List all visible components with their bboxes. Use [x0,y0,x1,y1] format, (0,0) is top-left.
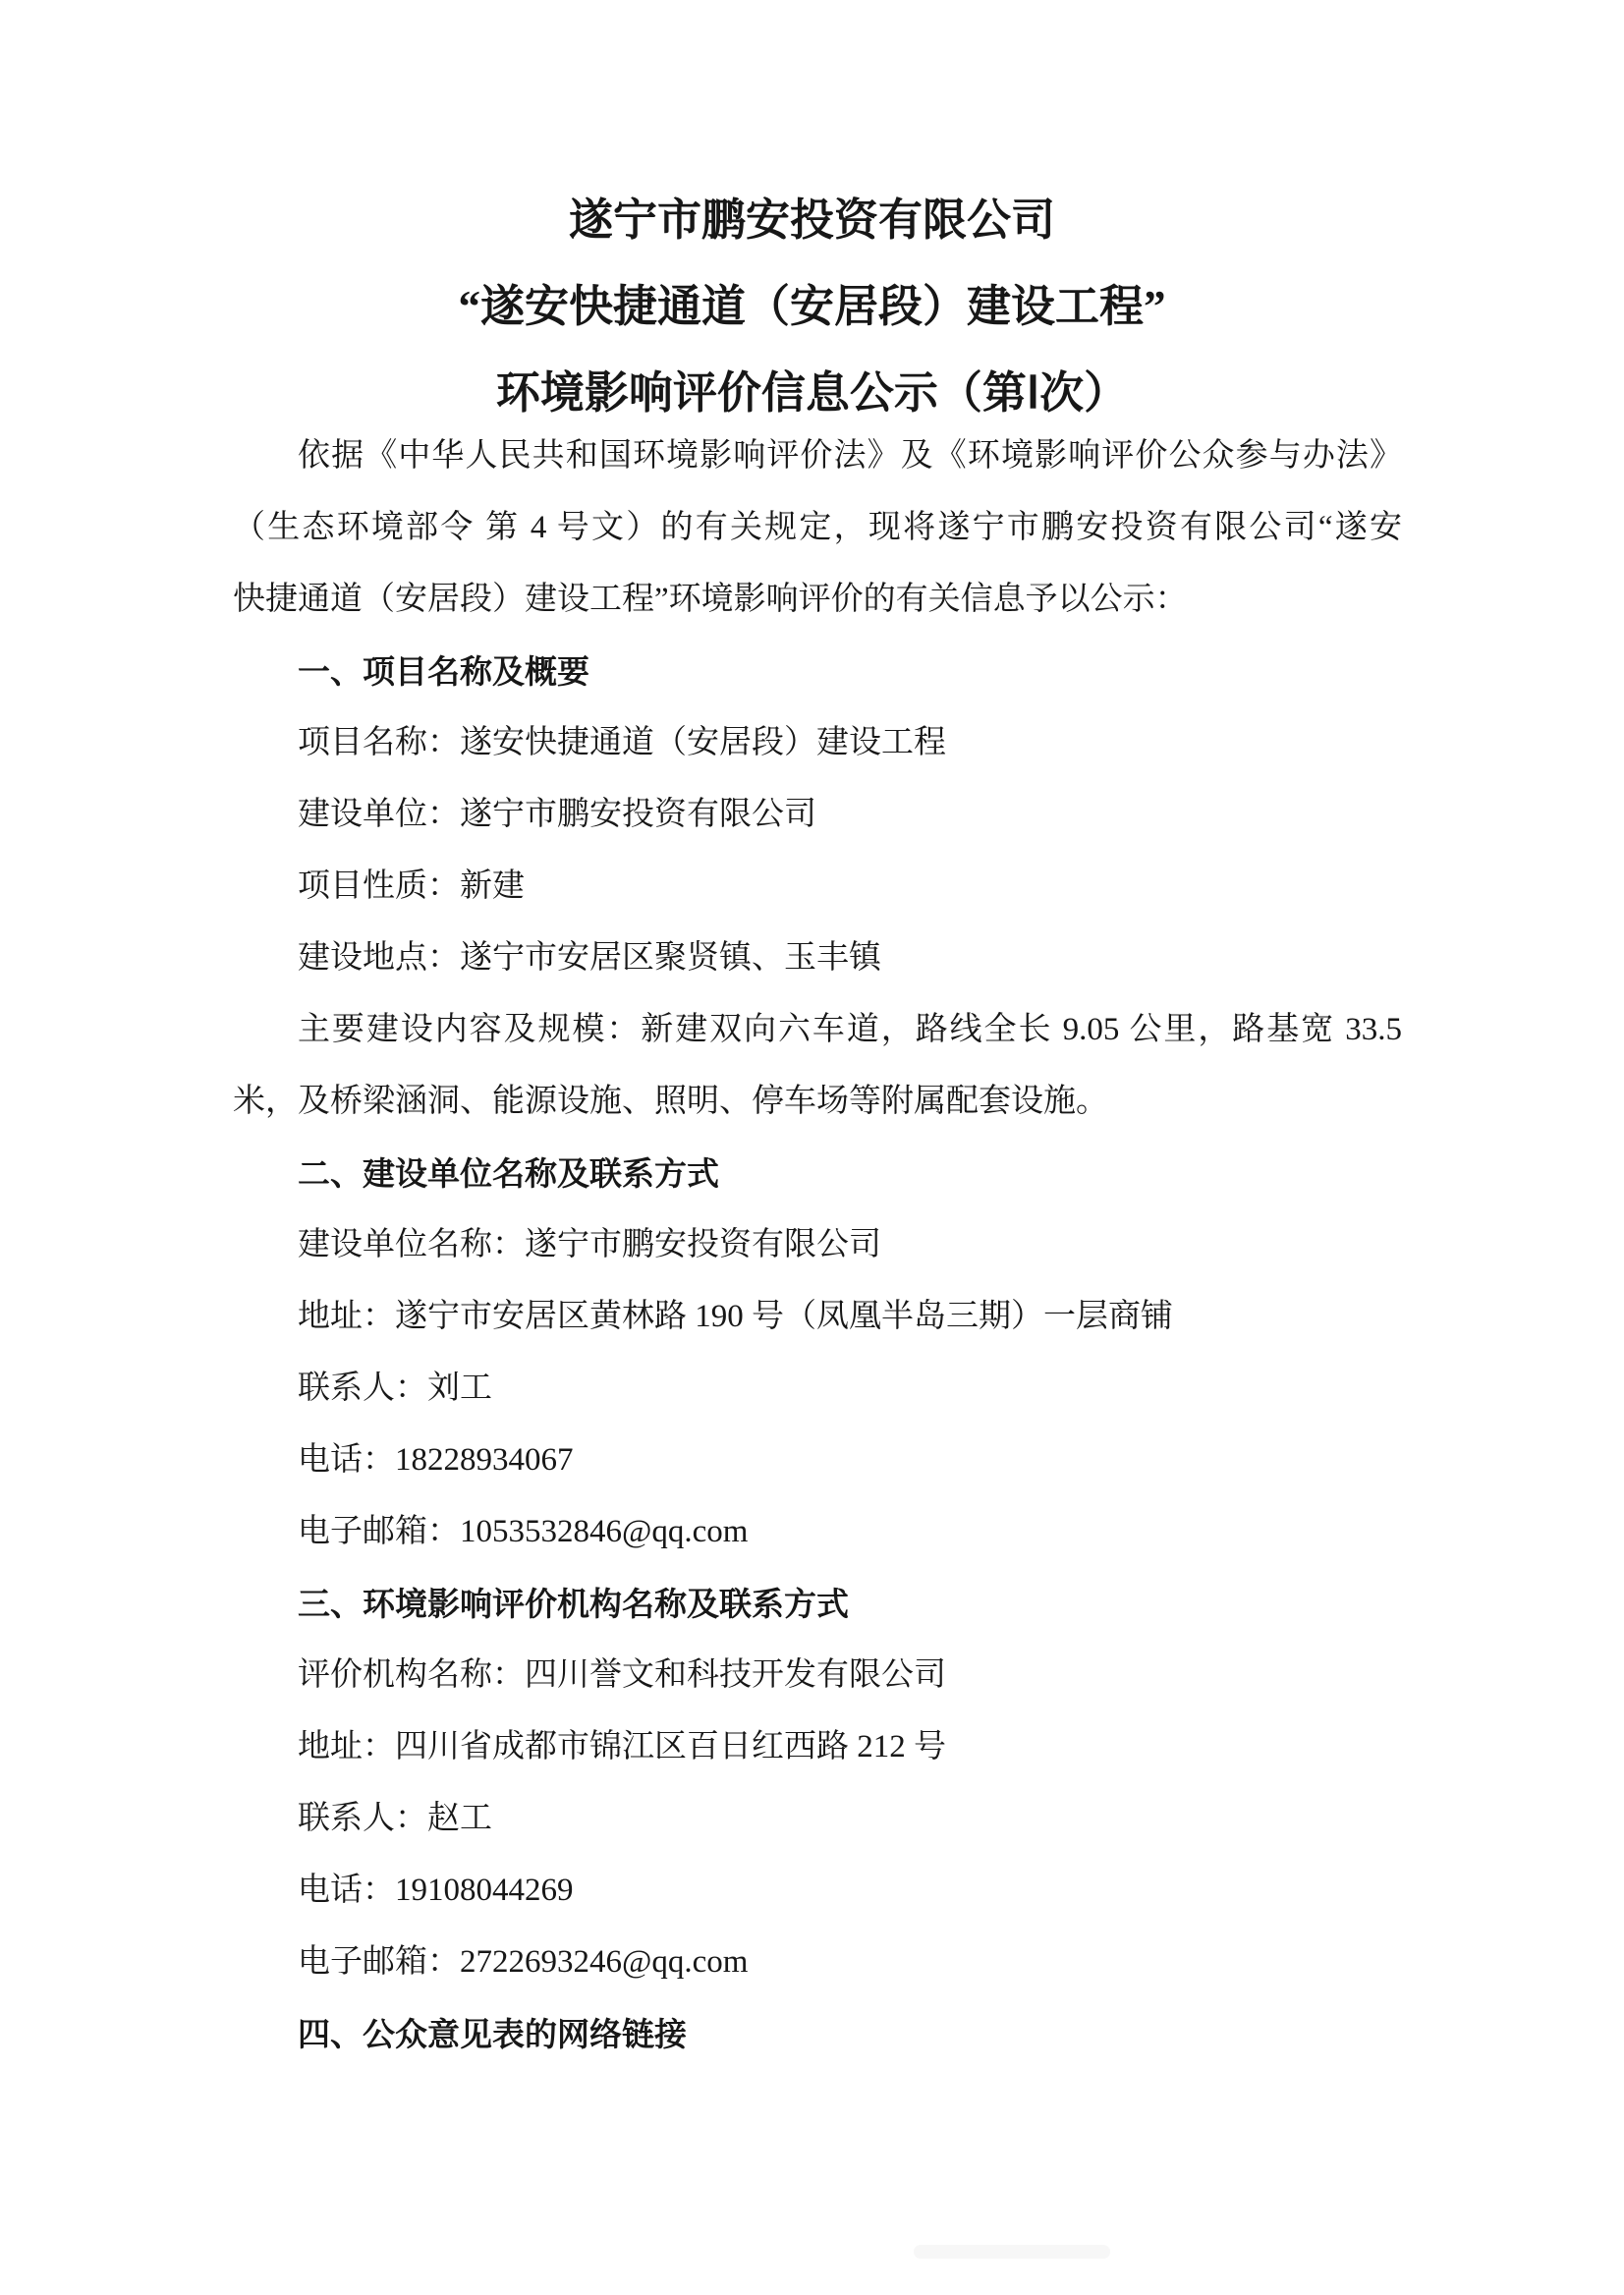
document-page: 遂宁市鹏安投资有限公司 “遂安快捷通道（安居段）建设工程” 环境影响评价信息公示… [0,0,1624,2295]
unit-name-line: 建设单位名称：遂宁市鹏安投资有限公司 [233,1209,1402,1281]
unit-contact-line: 联系人：刘工 [233,1353,1402,1425]
doc-title-company: 遂宁市鹏安投资有限公司 [0,177,1624,263]
unit-phone-line: 电话：18228934067 [233,1425,1402,1496]
eia-agency-contact-line: 联系人：赵工 [233,1783,1402,1855]
eia-agency-name-line: 评价机构名称：四川誉文和科技开发有限公司 [233,1640,1402,1711]
unit-email-line: 电子邮箱：1053532846@qq.com [233,1496,1402,1568]
unit-address-line: 地址：遂宁市安居区黄林路 190 号（凤凰半岛三期）一层商铺 [233,1281,1402,1353]
eia-agency-address-line: 地址：四川省成都市锦江区百日红西路 212 号 [233,1711,1402,1783]
construction-site-line: 建设地点：遂宁市安居区聚贤镇、玉丰镇 [233,923,1402,994]
eia-agency-email-line: 电子邮箱：2722693246@qq.com [233,1927,1402,1998]
construction-unit-line: 建设单位：遂宁市鹏安投资有限公司 [233,779,1402,851]
doc-title-project: “遂安快捷通道（安居段）建设工程” [0,263,1624,350]
section-3-heading: 三、环境影响评价机构名称及联系方式 [233,1568,1402,1640]
scale-line-1: 主要建设内容及规模：新建双向六车道，路线全长 9.05 公里，路基宽 33.5 [233,994,1402,1066]
project-nature-line: 项目性质：新建 [233,851,1402,923]
eia-agency-phone-line: 电话：19108044269 [233,1855,1402,1927]
section-4-heading: 四、公众意见表的网络链接 [233,1998,1402,2070]
project-name-line: 项目名称：遂安快捷通道（安居段）建设工程 [233,707,1402,779]
intro-line-1: 依据《中华人民共和国环境影响评价法》及《环境影响评价公众参与办法》 [233,420,1402,492]
document-body: 依据《中华人民共和国环境影响评价法》及《环境影响评价公众参与办法》 （生态环境部… [233,420,1402,2070]
section-1-heading: 一、项目名称及概要 [233,636,1402,707]
scale-line-2: 米，及桥梁涵洞、能源设施、照明、停车场等附属配套设施。 [233,1066,1402,1138]
intro-line-2: （生态环境部令 第 4 号文）的有关规定，现将遂宁市鹏安投资有限公司“遂安 [233,492,1402,564]
intro-line-3: 快捷通道（安居段）建设工程”环境影响评价的有关信息予以公示： [233,564,1402,636]
section-2-heading: 二、建设单位名称及联系方式 [233,1138,1402,1209]
document-title-block: 遂宁市鹏安投资有限公司 “遂安快捷通道（安居段）建设工程” 环境影响评价信息公示… [0,0,1624,436]
scan-artifact [914,2245,1110,2259]
